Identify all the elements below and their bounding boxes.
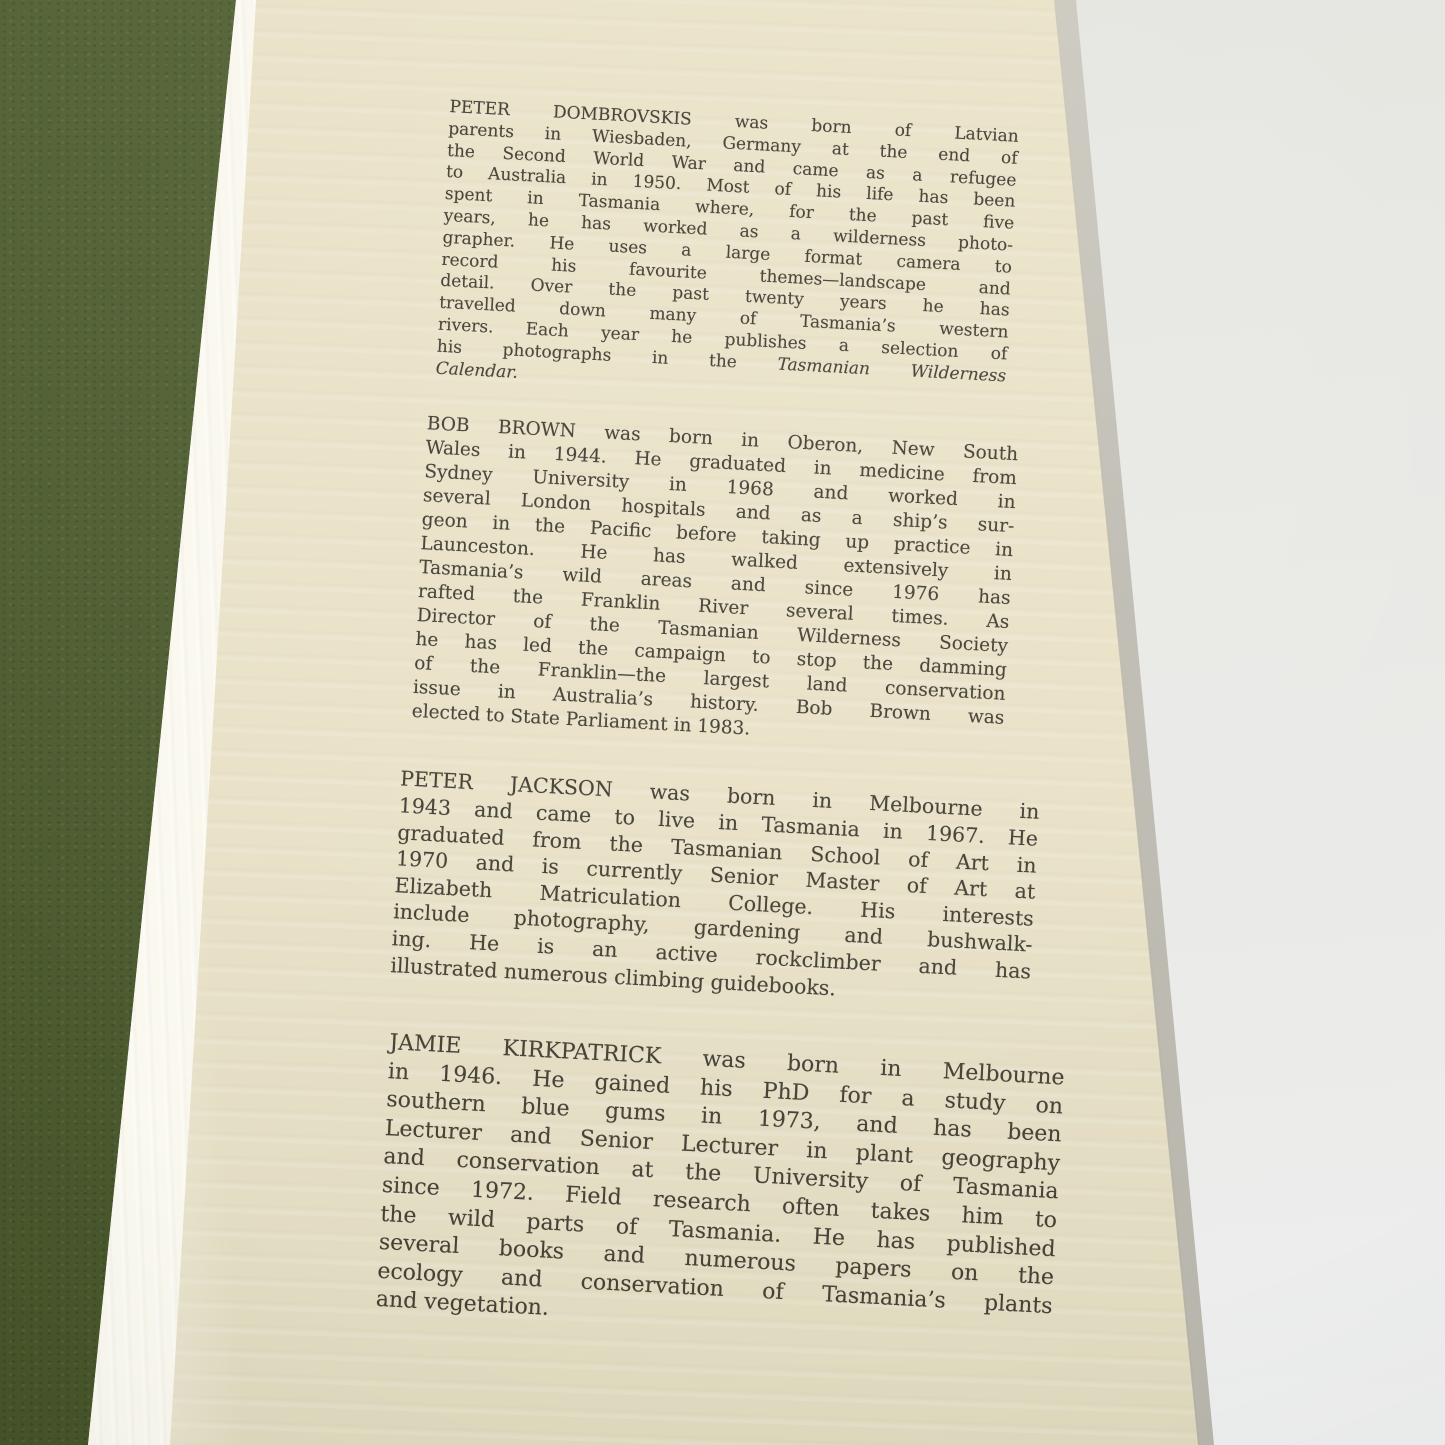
bio-jamie-kirkpatrick: JAMIE KIRKPATRICK was born in Melbournei… <box>375 1029 1065 1350</box>
photograph: PETER DOMBROVSKIS was born of Latvianpar… <box>0 0 1445 1445</box>
text-segment-italic: Calendar. <box>435 358 518 382</box>
bio-peter-dombrovskis: PETER DOMBROVSKIS was born of Latvianpar… <box>435 97 1019 410</box>
bio-bob-brown: BOB BROWN was born in Oberon, New SouthW… <box>411 413 1019 756</box>
bio-text-block: PETER DOMBROVSKIS was born of Latvianpar… <box>386 97 1149 1352</box>
bio-peter-jackson: PETER JACKSON was born in Melbourne in19… <box>390 766 1040 1012</box>
